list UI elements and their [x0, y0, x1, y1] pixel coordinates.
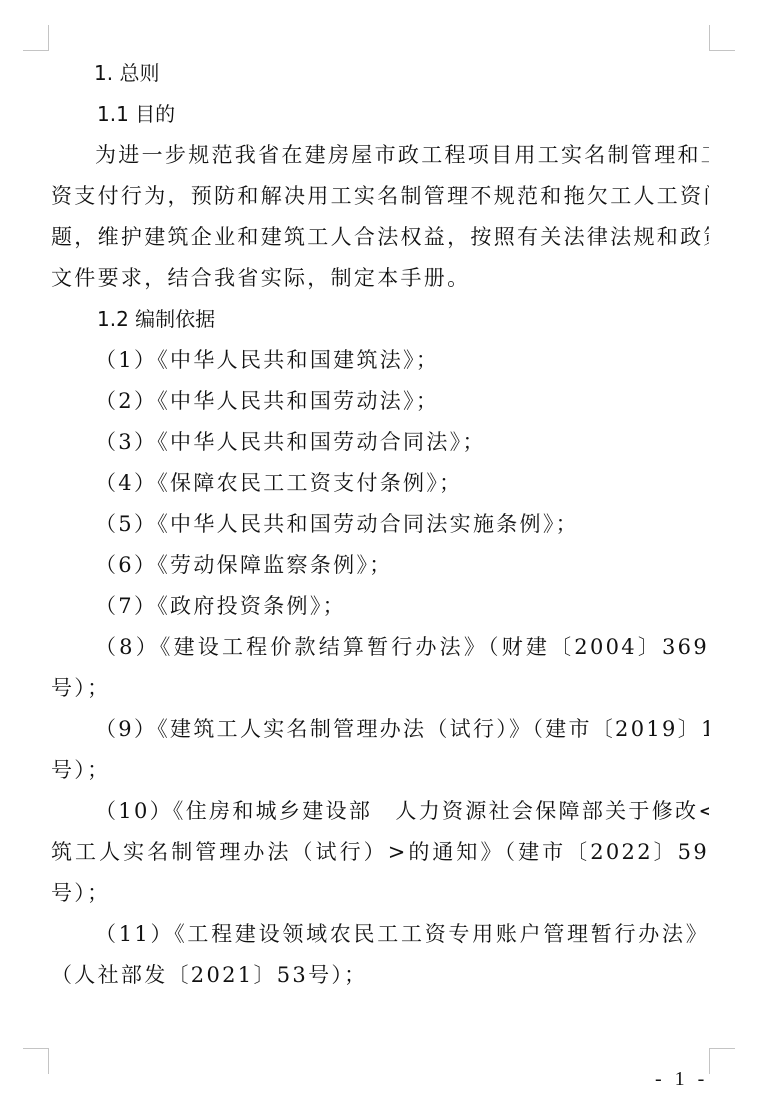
list-item: （1）《中华人民共和国建筑法》；	[51, 340, 709, 381]
crop-mark-bottom-left	[23, 1048, 49, 1074]
purpose-paragraph: 为进一步规范我省在建房屋市政工程项目用工实名制管理和工 资支付行为，预防和解决用…	[51, 135, 709, 299]
document-page: 1. 总则 1.1 目的 为进一步规范我省在建房屋市政工程项目用工实名制管理和工…	[51, 53, 709, 996]
paragraph-line: 资支付行为，预防和解决用工实名制管理不规范和拖欠工人工资问	[51, 176, 709, 217]
list-item: （2）《中华人民共和国劳动法》；	[51, 381, 709, 422]
list-item-line: （10）《住房和城乡建设部 人力资源社会保障部关于修改<建	[51, 791, 709, 832]
paragraph-line: 文件要求，结合我省实际，制定本手册。	[51, 258, 709, 299]
list-item-line: 号）；	[51, 873, 709, 914]
list-item: （6）《劳动保障监察条例》；	[51, 545, 709, 586]
crop-mark-top-right	[709, 25, 735, 51]
list-item-line: 筑工人实名制管理办法（试行）>的通知》（建市〔2022〕59	[51, 832, 709, 873]
basis-list: （1）《中华人民共和国建筑法》； （2）《中华人民共和国劳动法》； （3）《中华…	[51, 340, 709, 996]
crop-mark-bottom-right	[709, 1048, 735, 1074]
list-item: （5）《中华人民共和国劳动合同法实施条例》；	[51, 504, 709, 545]
list-item: （8）《建设工程价款结算暂行办法》（财建〔2004〕369 号）；	[51, 627, 709, 709]
list-item-line: （11）《工程建设领域农民工工资专用账户管理暂行办法》	[51, 914, 709, 955]
section-heading-purpose: 1.1 目的	[51, 94, 709, 135]
chapter-heading: 1. 总则	[51, 53, 709, 94]
list-item: （9）《建筑工人实名制管理办法（试行）》（建市〔2019〕18 号）；	[51, 709, 709, 791]
paragraph-line: 为进一步规范我省在建房屋市政工程项目用工实名制管理和工	[51, 135, 709, 176]
paragraph-line: 题，维护建筑企业和建筑工人合法权益，按照有关法律法规和政策	[51, 217, 709, 258]
list-item: （3）《中华人民共和国劳动合同法》；	[51, 422, 709, 463]
list-item-line: （9）《建筑工人实名制管理办法（试行）》（建市〔2019〕18	[51, 709, 709, 750]
list-item-line: （8）《建设工程价款结算暂行办法》（财建〔2004〕369	[51, 627, 709, 668]
list-item-line: 号）；	[51, 668, 709, 709]
list-item-line: （人社部发〔2021〕53号）；	[51, 955, 709, 996]
section-heading-basis: 1.2 编制依据	[51, 299, 709, 340]
list-item: （4）《保障农民工工资支付条例》；	[51, 463, 709, 504]
list-item: （10）《住房和城乡建设部 人力资源社会保障部关于修改<建 筑工人实名制管理办法…	[51, 791, 709, 914]
crop-mark-top-left	[23, 25, 49, 51]
page-number: - 1 -	[655, 1068, 708, 1091]
list-item: （7）《政府投资条例》；	[51, 586, 709, 627]
list-item-line: 号）；	[51, 750, 709, 791]
list-item: （11）《工程建设领域农民工工资专用账户管理暂行办法》 （人社部发〔2021〕5…	[51, 914, 709, 996]
